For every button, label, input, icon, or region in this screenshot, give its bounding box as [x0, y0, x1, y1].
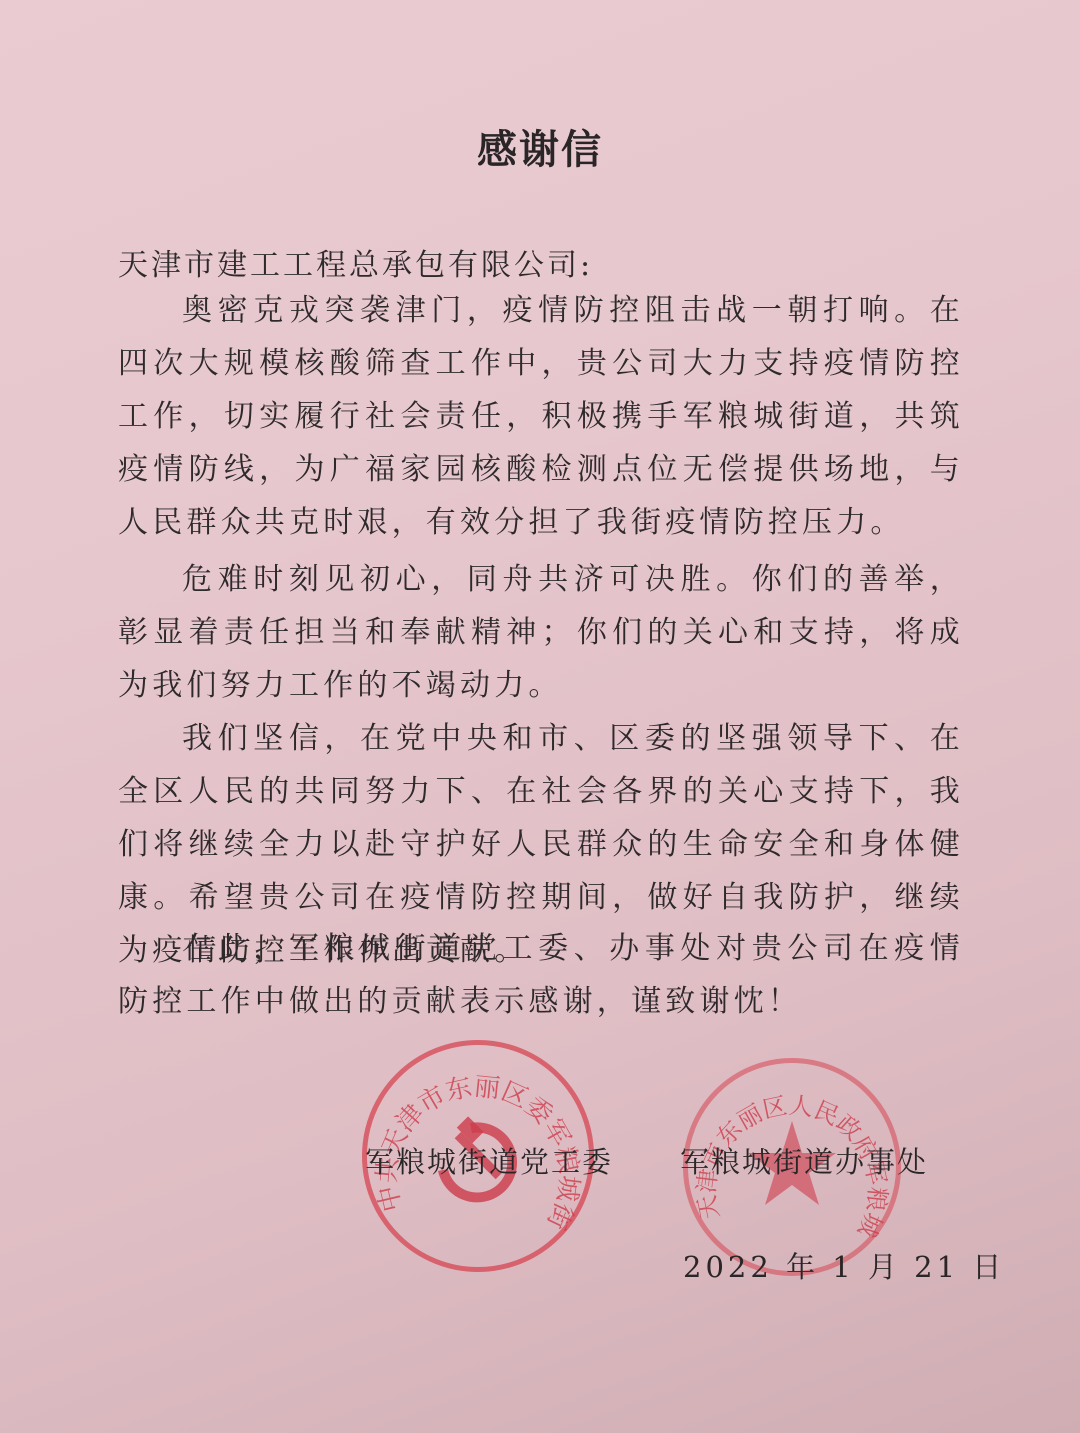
- signatory-office: 军粮城街道办事处: [680, 1140, 928, 1181]
- letter-date: 2022 年 1 月 21 日: [683, 1245, 1005, 1286]
- salutation: 天津市建工工程总承包有限公司:: [118, 240, 593, 284]
- paragraph-4: 在此，军粮城街道党工委、办事处对贵公司在疫情防控工作中做出的贡献表示感谢，谨致谢…: [118, 922, 964, 1028]
- letter-title: 感谢信: [0, 118, 1080, 175]
- letter-page: 感谢信 天津市建工工程总承包有限公司: 奥密克戎突袭津门，疫情防控阻击战一朝打响…: [0, 0, 1080, 1433]
- paragraph-1: 奥密克戎突袭津门，疫情防控阻击战一朝打响。在四次大规模核酸筛查工作中，贵公司大力…: [118, 284, 964, 549]
- signatory-party-committee: 军粮城街道党工委: [365, 1140, 613, 1181]
- paragraph-2: 危难时刻见初心，同舟共济可决胜。你们的善举，彰显着责任担当和奉献精神；你们的关心…: [118, 553, 964, 712]
